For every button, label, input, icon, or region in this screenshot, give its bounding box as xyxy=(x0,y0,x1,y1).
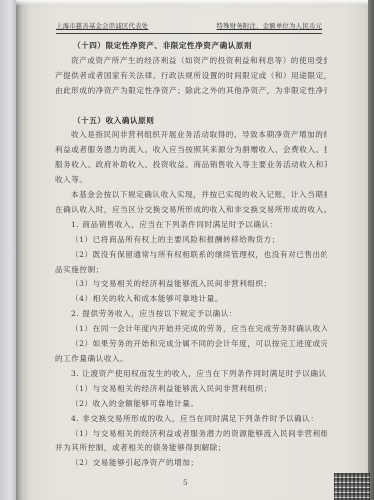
paragraph-line: 收入等。 xyxy=(55,173,327,188)
section-15-title: （十五）收入确认原则 xyxy=(55,114,327,129)
paragraph-line: 由此形成的净资产为限定性净资产；除此之外的其他净资产，为非限定性净资产。 xyxy=(55,84,327,99)
condition: （1）已将商品所有权上的主要风险和报酬转移给购货方； xyxy=(55,233,327,248)
paragraph-line: 产提供者或者国家有关法律、行政法规所设置的时间限定或（和）用途限定，则 xyxy=(55,69,327,84)
paragraph-line: 本基金会按以下规定确认收入实现，并按已实现的收入记账，计入当期损益。 xyxy=(55,188,327,203)
condition-continued: 并为其所控制，或者相关的债务能够得到解除； xyxy=(55,441,327,456)
page-edge xyxy=(16,0,368,6)
paragraph-line: 服务收入、政府补助收入、投资收益、商品销售收入等主要业务活动收入和其他 xyxy=(55,158,327,173)
item-2-title: 2. 提供劳务收入，应当按以下规定予以确认： xyxy=(55,307,327,322)
condition-continued: 品实施控制； xyxy=(55,263,327,278)
condition: （2）如果劳务的开始和完成分属不同的会计年度，可以按完工进度或完成 xyxy=(55,337,327,352)
spacer xyxy=(55,99,327,114)
page-number: 5 xyxy=(183,479,187,487)
section-14-title: （十四）限定性净资产、非限定性净资产确认原则 xyxy=(55,39,327,54)
condition: （1）与交易相关的经济利益或者服务潜力的资源能够流入民间非营利组织 xyxy=(55,427,327,442)
header-note: 特殊财务附注，金额单位为人民币元 xyxy=(217,21,322,30)
condition: （1）在同一会计年度内开始并完成的劳务，应当在完成劳务时确认收入； xyxy=(55,322,327,337)
item-4-title: 4. 非交换交易所形成的收入，应当在同时满足下列条件时予以确认： xyxy=(55,412,327,427)
condition: （2）收入的金额能够可靠地计量。 xyxy=(55,397,327,412)
header-organization: 上海市慈善基金会串浦区代表处 xyxy=(56,21,148,30)
item-3-title: 3. 让渡资产使用权而发生的收入，应当在下列条件同时满足时予以确认： xyxy=(55,367,327,382)
condition: （2）交易能够引起净资产的增加； xyxy=(55,456,327,471)
condition: （2）既没有保留通常与所有权相联系的继续管理权，也没有对已售出的商 xyxy=(55,248,327,263)
running-header: 上海市慈善基金会串浦区代表处 特殊财务附注，金额单位为人民币元 xyxy=(56,21,322,34)
paragraph-line: 利益或者服务潜力的流入。收入应当按照其来源分为捐赠收入、会费收入、提供 xyxy=(55,143,327,158)
paragraph-line: 在确认收入时，应当区分交换交易所形成的收入和非交换交易所形成的收入。 xyxy=(55,203,327,218)
qr-code-icon xyxy=(334,473,370,500)
paragraph-line: 收入是指民间非营利组织开展业务活动取得的、导致本期净资产增加的经济 xyxy=(55,128,327,143)
condition-continued: 的工作量确认收入。 xyxy=(55,352,327,367)
condition: （3）与交易相关的经济利益能够流入民间非营利组织； xyxy=(55,277,327,292)
item-1-title: 1. 商品销售收入，应当在下列条件同时满足时予以确认： xyxy=(55,218,327,233)
paragraph-line: 资产或资产所产生的经济利益（如资产的投资利益和利息等）的使用受到资 xyxy=(55,54,327,69)
document-body: （十四）限定性净资产、非限定性净资产确认原则 资产或资产所产生的经济利益（如资产… xyxy=(55,39,327,471)
condition: （1）与交易相关的经济利益能够流入民间非营利组织； xyxy=(55,382,327,397)
condition: （4）相关的收入和成本能够可靠地计量。 xyxy=(55,292,327,307)
